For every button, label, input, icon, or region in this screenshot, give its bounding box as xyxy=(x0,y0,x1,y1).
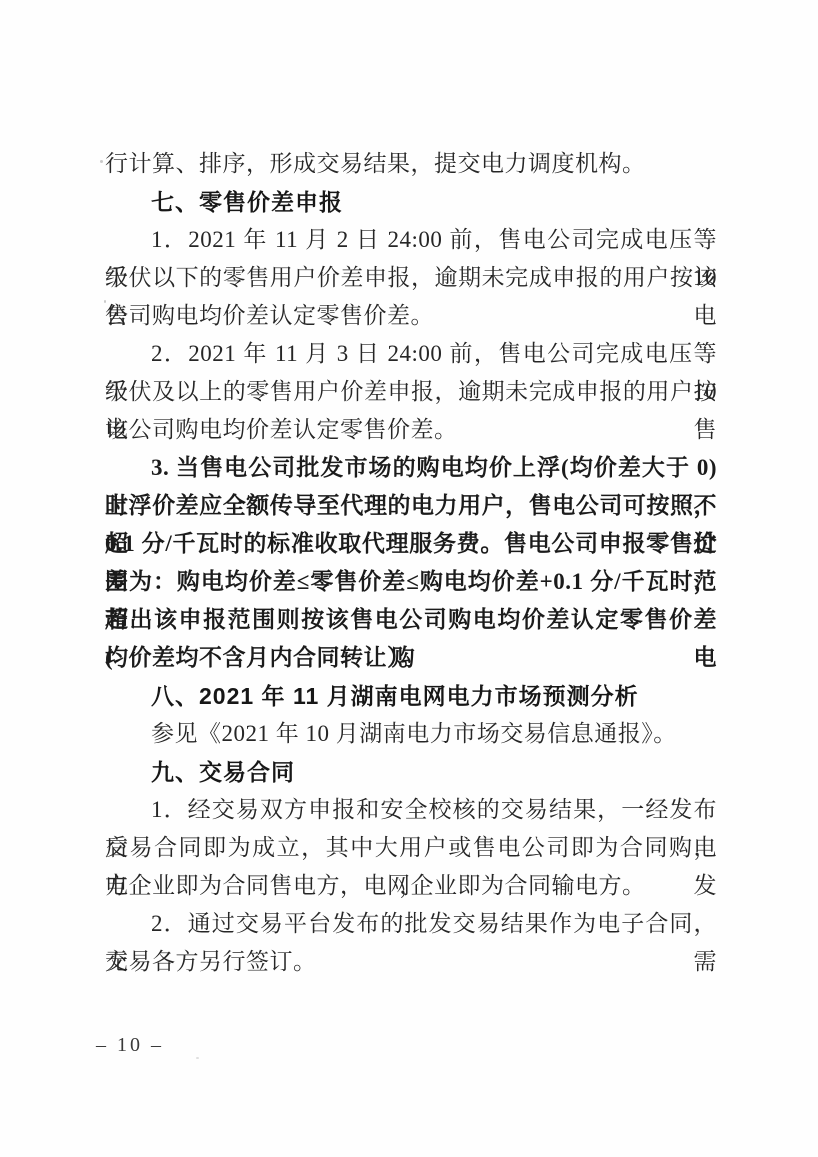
document-page: 行计算、排序，形成交易结果，提交电力调度机构。 七、零售价差申报 1．2021 … xyxy=(0,0,818,1157)
paragraph-9-2-line: 2．通过交易平台发布的批发交易结果作为电子合同，无需 xyxy=(105,905,717,943)
document-text: 行计算、排序，形成交易结果，提交电力调度机构。 七、零售价差申报 1．2021 … xyxy=(105,145,717,981)
scan-speck xyxy=(100,160,103,163)
paragraph-continuation-line: 行计算、排序，形成交易结果，提交电力调度机构。 xyxy=(105,145,717,183)
page-number: – 10 – xyxy=(96,1034,164,1057)
paragraph-7-3-line: 上浮价差应全额传导至代理的电力用户，售电公司可按照不超过 xyxy=(105,487,717,525)
scan-speck xyxy=(104,300,106,303)
paragraph-9-1-line: 1．经交易双方申报和安全校核的交易结果，一经发布后， xyxy=(105,791,717,829)
paragraph-7-3-line: 0.1 分/千瓦时的标准收取代理服务费。售电公司申报零售价差范 xyxy=(105,525,717,563)
paragraph-7-1-line: 1．2021 年 11 月 2 日 24:00 前，售电公司完成电压等级 10 xyxy=(105,221,717,259)
paragraph-7-3-line: 3. 当售电公司批发市场的购电均价上浮(均价差大于 0)时， xyxy=(105,449,717,487)
heading-section-8: 八、2021 年 11 月湖南电网电力市场预测分析 xyxy=(105,677,717,715)
paragraph-8-1-line: 参见《2021 年 10 月湖南电力市场交易信息通报》。 xyxy=(105,715,717,753)
scan-speck xyxy=(196,1057,199,1059)
heading-section-7: 七、零售价差申报 xyxy=(105,183,717,221)
paragraph-7-3-line: 超出该申报范围则按该售电公司购电均价差认定零售价差(购电 xyxy=(105,601,717,639)
paragraph-7-2-line: 千伏及以上的零售用户价差申报，逾期未完成申报的用户按该售 xyxy=(105,373,717,411)
paragraph-7-2-line: 2．2021 年 11 月 3 日 24:00 前，售电公司完成电压等级 10 xyxy=(105,335,717,373)
heading-section-9: 九、交易合同 xyxy=(105,753,717,791)
paragraph-7-1-line: 千伏以下的零售用户价差申报，逾期未完成申报的用户按该售电 xyxy=(105,259,717,297)
paragraph-7-3-line: 围为：购电均价差≤零售价差≤购电均价差+0.1 分/千瓦时，若 xyxy=(105,563,717,601)
paragraph-9-1-line: 交易合同即为成立，其中大用户或售电公司即为合同购电方，发 xyxy=(105,829,717,867)
paragraph-9-1-line: 电企业即为合同售电方，电网企业即为合同输电方。 xyxy=(105,867,717,905)
